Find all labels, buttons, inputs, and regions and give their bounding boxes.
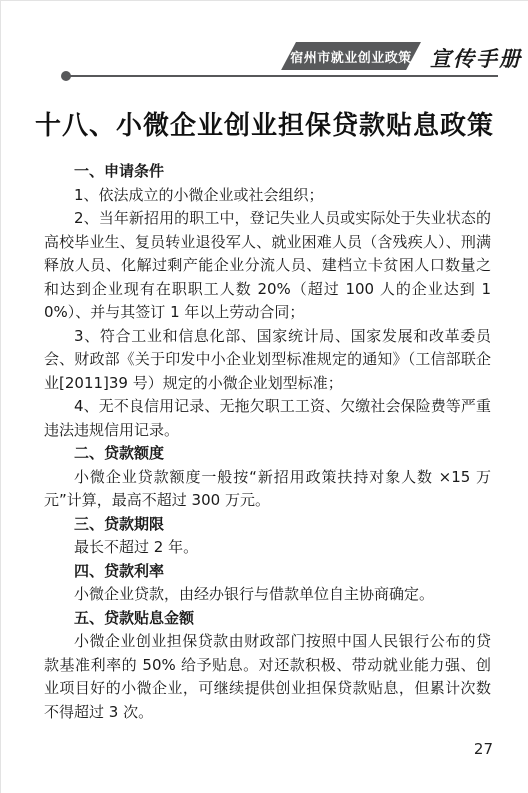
section-heading-loan-rate: 四、贷款利率: [44, 560, 491, 584]
handbook-page: 宿州市就业创业政策 宣传手册 十八、小微企业创业担保贷款贴息政策 一、申请条件 …: [0, 0, 528, 793]
loan-rate-paragraph: 小微企业贷款，由经办银行与借款单位自主协商确定。: [44, 583, 491, 607]
condition-item-3: 3、符合工业和信息化部、国家统计局、国家发展和改革委员会、财政部《关于印发中小企…: [44, 325, 491, 396]
section-heading-subsidy-amount: 五、贷款贴息金额: [44, 607, 491, 631]
section-heading-loan-quota: 二、贷款额度: [44, 442, 491, 466]
condition-item-1: 1、依法成立的小微企业或社会组织；: [44, 184, 491, 208]
condition-item-2: 2、当年新招用的职工中，登记失业人员或实际处于失业状态的高校毕业生、复员转业退役…: [44, 207, 491, 325]
condition-item-4: 4、无不良信用记录、无拖欠职工工资、欠缴社会保险费等严重违法违规信用记录。: [44, 395, 491, 442]
loan-term-paragraph: 最长不超过 2 年。: [44, 536, 491, 560]
header-policy-badge: 宿州市就业创业政策: [281, 42, 421, 70]
header-rule-line: [65, 75, 498, 77]
header-policy-badge-label: 宿州市就业创业政策: [290, 47, 412, 66]
loan-quota-paragraph: 小微企业贷款额度一般按“新招用政策扶持对象人数 ×15 万元”计算，最高不超过 …: [44, 466, 491, 513]
page-number: 27: [474, 740, 493, 758]
subsidy-amount-paragraph: 小微企业创业担保贷款由财政部门按照中国人民银行公布的贷款基准利率的 50% 给予…: [44, 630, 491, 724]
header-handbook-label: 宣传手册: [430, 43, 525, 73]
section-heading-application-conditions: 一、申请条件: [44, 160, 491, 184]
page-title: 十八、小微企业创业担保贷款贴息政策: [1, 105, 528, 142]
section-heading-loan-term: 三、贷款期限: [44, 513, 491, 537]
policy-content: 一、申请条件 1、依法成立的小微企业或社会组织； 2、当年新招用的职工中，登记失…: [44, 160, 491, 724]
